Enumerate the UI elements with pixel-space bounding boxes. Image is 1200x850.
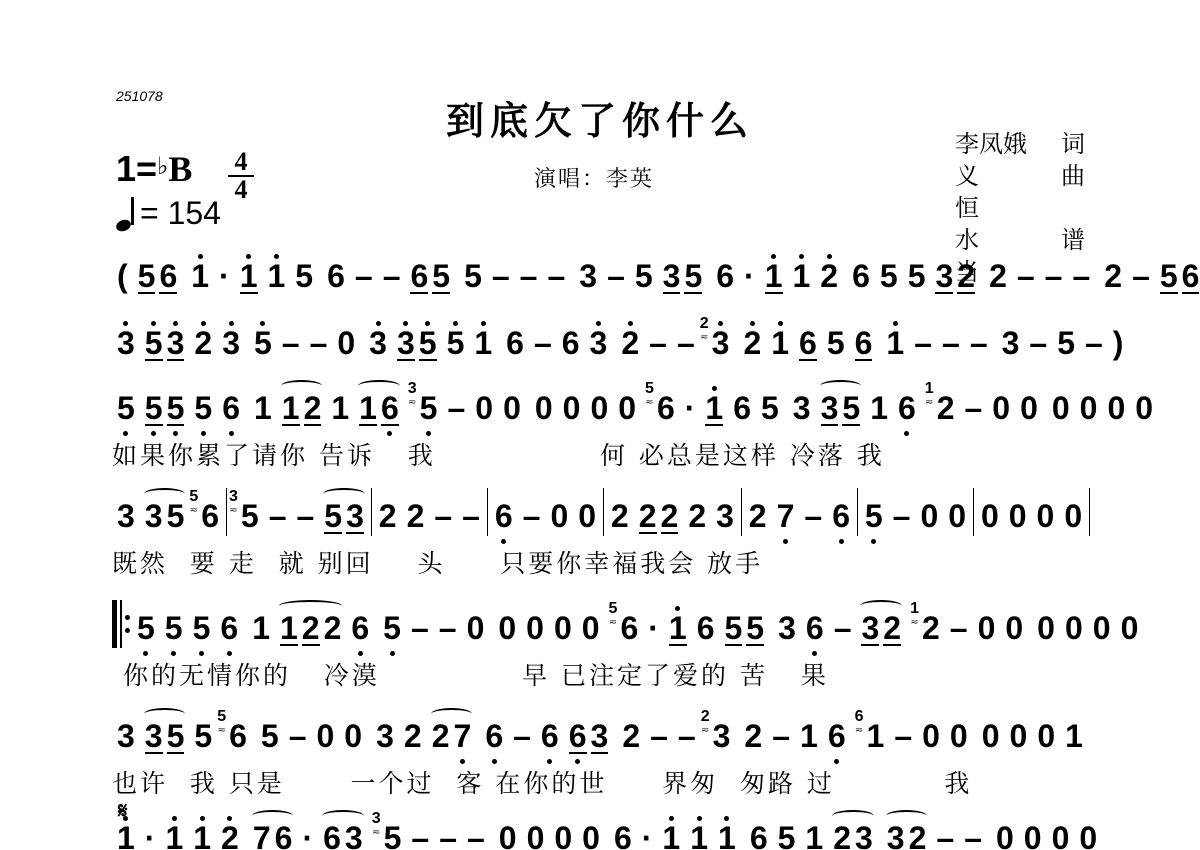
hold-dash: – xyxy=(280,323,302,363)
note: 0 xyxy=(1032,608,1060,648)
note-digit: 3 xyxy=(343,818,365,850)
note-digit: 1 xyxy=(252,388,274,428)
note-digit: 6 xyxy=(612,818,634,850)
note: 6 xyxy=(480,716,508,756)
note: 5 xyxy=(1052,323,1080,363)
note-digit: 7 xyxy=(452,716,474,756)
note: 2 xyxy=(744,496,772,536)
composer-credit: 义 恒 曲 xyxy=(955,160,1085,224)
note: 0 xyxy=(1032,496,1060,536)
note-digit: 2 xyxy=(987,256,1009,296)
hold-dash: – xyxy=(294,496,316,536)
note-digit: 0 xyxy=(588,388,610,428)
note: 5 xyxy=(415,388,443,428)
note-digit: 1 xyxy=(763,256,785,296)
lyrics-line: 也许 我 只是 一个过 客 在你的世 界匆 匆路 过 我 xyxy=(112,764,1092,800)
note: – xyxy=(909,323,937,363)
note-digit: 6 xyxy=(493,496,515,536)
note: · xyxy=(637,818,658,850)
hold-dash: – xyxy=(940,323,962,363)
note-digit: 5 xyxy=(322,496,344,536)
note: ) xyxy=(1108,323,1129,363)
hold-dash: – xyxy=(948,608,970,648)
note: 3 xyxy=(364,323,392,363)
hold-dash: – xyxy=(267,496,289,536)
hold-dash: – xyxy=(460,496,482,536)
note: 1 xyxy=(160,818,188,850)
note-digit: 5 xyxy=(776,818,798,850)
note-digit: 7 xyxy=(775,496,797,536)
note-digit: 6 xyxy=(539,716,561,756)
note: – xyxy=(305,323,333,363)
note-digit: 2 xyxy=(747,496,769,536)
note-digit: 0 xyxy=(994,818,1016,850)
note: 3 xyxy=(708,716,736,756)
dot-extension: · xyxy=(683,388,698,428)
note: 1 xyxy=(766,323,794,363)
note: 6 xyxy=(490,496,518,536)
note-digit: 6 xyxy=(567,716,589,756)
note-digit: 6 xyxy=(804,608,826,648)
note: – xyxy=(429,496,457,536)
dot-extension: · xyxy=(742,256,757,296)
note-digit: 6 xyxy=(560,323,582,363)
hold-dash: – xyxy=(770,716,792,756)
note: 5 xyxy=(630,256,658,296)
note-digit: 0 xyxy=(1022,818,1044,850)
note: 6 xyxy=(847,256,875,296)
note-digit: 5 xyxy=(165,388,187,428)
note: – xyxy=(1127,256,1155,296)
note: 5 xyxy=(860,496,888,536)
note-digit: 1 xyxy=(1063,716,1085,756)
note: 0 xyxy=(521,608,549,648)
hold-dash: – xyxy=(518,256,540,296)
note-digit: 0 xyxy=(1077,818,1099,850)
note-digit: 5 xyxy=(1055,323,1077,363)
note: 6 xyxy=(850,323,878,363)
hold-dash: – xyxy=(465,818,487,850)
note: 2 xyxy=(402,496,430,536)
hold-dash: – xyxy=(409,608,431,648)
note: – xyxy=(442,388,470,428)
note: 1 xyxy=(263,256,291,296)
note-digit: 0 xyxy=(1078,388,1100,428)
note: 3 xyxy=(585,323,613,363)
note-digit: 0 xyxy=(1062,496,1084,536)
note-digit: 2 xyxy=(302,388,324,428)
hold-dash: – xyxy=(532,323,554,363)
note: 2 xyxy=(815,256,843,296)
hold-dash: – xyxy=(511,716,533,756)
note-digit: 2 xyxy=(659,496,681,536)
lyrics-line: 既然 要 走 就 别回 头 只要你幸福我会 放手 xyxy=(112,544,1092,580)
note: 0 xyxy=(1075,388,1103,428)
note: 6 xyxy=(609,818,637,850)
note-digit: 1 xyxy=(868,388,890,428)
hold-dash: – xyxy=(1083,323,1105,363)
note-digit: 2 xyxy=(609,496,631,536)
score-row: 3355≂63≂5––5322––6–002222327–65–000000既然… xyxy=(112,488,1092,580)
time-signature: 4 4 xyxy=(228,150,254,202)
hold-dash: – xyxy=(409,818,431,850)
note: 3 xyxy=(112,496,140,536)
barline xyxy=(741,488,742,536)
note: 0 xyxy=(493,608,521,648)
note-digit: 3 xyxy=(853,818,875,850)
note: – xyxy=(959,818,987,850)
note: 0 xyxy=(332,323,360,363)
note: – xyxy=(767,716,795,756)
note-digit: 5 xyxy=(878,256,900,296)
note: – xyxy=(542,256,570,296)
barline xyxy=(603,488,604,536)
note-digit: 0 xyxy=(533,388,555,428)
note-digit: 3 xyxy=(344,496,366,536)
note: 0 xyxy=(991,818,1019,850)
slurred-note-group: 32 xyxy=(856,608,906,648)
hold-dash: – xyxy=(308,323,330,363)
notation-staff: 353235––0335516–632––2≂3216561–––3–5–) xyxy=(112,315,1092,363)
note-digit: 0 xyxy=(1008,716,1030,756)
note-digit: 6 xyxy=(853,323,875,363)
hold-dash: – xyxy=(605,256,627,296)
note-digit: 0 xyxy=(525,818,547,850)
lyrics-line: 你的无情你的 冷漠 早 已注定了爱的 苦 果 xyxy=(112,656,1092,692)
note: 5 xyxy=(189,716,217,756)
note-digit: 1 xyxy=(357,388,379,428)
note-digit: 0 xyxy=(1105,388,1127,428)
note-digit: 3 xyxy=(577,256,599,296)
note-digit: 6 xyxy=(321,818,343,850)
note-digit: 3 xyxy=(661,256,683,296)
note: 0 xyxy=(976,496,1004,536)
note: – xyxy=(487,256,515,296)
note-digit: 2 xyxy=(686,496,708,536)
note-digit: 0 xyxy=(552,608,574,648)
note: 2 xyxy=(616,323,644,363)
note-digit: 3 xyxy=(710,323,732,363)
note: 1 xyxy=(247,608,275,648)
note-digit: 1 xyxy=(884,323,906,363)
note: 2 xyxy=(1099,256,1127,296)
note-digit: 6 xyxy=(850,256,872,296)
note: 2 xyxy=(984,256,1012,296)
note: – xyxy=(284,716,312,756)
note-digit: 0 xyxy=(1133,388,1155,428)
score-row: (561·1156––655–––3–5356·112655322–––2–56… xyxy=(112,248,1092,296)
note: 1 xyxy=(326,388,354,428)
note-digit: 1 xyxy=(238,256,260,296)
note: 3 xyxy=(997,323,1025,363)
note-digit: 6 xyxy=(349,608,371,648)
note-digit: 1 xyxy=(191,818,213,850)
note-digit: 6 xyxy=(408,256,430,296)
note: – xyxy=(829,608,857,648)
note-digit: 3 xyxy=(143,496,165,536)
note-digit: 1 xyxy=(250,608,272,648)
note: 0 xyxy=(470,388,498,428)
note: 53 xyxy=(140,323,190,363)
note: 3 xyxy=(217,323,245,363)
note-digit: 6 xyxy=(504,323,526,363)
note-digit: 1 xyxy=(865,716,887,756)
note: 0 xyxy=(1130,388,1158,428)
note-digit: 5 xyxy=(825,323,847,363)
note-digit: 0 xyxy=(576,496,598,536)
note-digit: 0 xyxy=(946,496,968,536)
note: 6 xyxy=(501,323,529,363)
note-digit: 5 xyxy=(115,388,137,428)
note: 6 xyxy=(692,608,720,648)
note-digit: 1 xyxy=(266,256,288,296)
barline xyxy=(226,488,227,536)
hold-dash: – xyxy=(437,818,459,850)
note: 0 xyxy=(1074,818,1102,850)
note-digit: 1 xyxy=(716,818,738,850)
note-digit: 1 xyxy=(791,256,813,296)
lyricist-credit: 李凤娥 词 xyxy=(955,128,1085,160)
note: 0 xyxy=(613,388,641,428)
note-digit: 0 xyxy=(1035,496,1057,536)
note: 0 xyxy=(1019,818,1047,850)
note: 5 xyxy=(459,256,487,296)
note-digit: 6 xyxy=(826,716,848,756)
note: 6 xyxy=(794,323,822,363)
note-digit: 2 xyxy=(742,716,764,756)
note-digit: 5 xyxy=(381,608,403,648)
dot-extension: · xyxy=(143,818,158,850)
note: 1 xyxy=(685,818,713,850)
note: 2 xyxy=(738,323,766,363)
dot-extension: · xyxy=(217,256,232,296)
note: 1 xyxy=(713,818,741,850)
credit-name: 义 恒 xyxy=(955,160,1061,224)
hold-dash: – xyxy=(1027,323,1049,363)
note-digit: ( xyxy=(115,256,130,296)
note: – xyxy=(378,256,406,296)
note-digit: 5 xyxy=(382,818,404,850)
note: – xyxy=(457,496,485,536)
note: 6 xyxy=(801,608,829,648)
note-digit: 5 xyxy=(259,716,281,756)
note: – xyxy=(931,818,959,850)
note-digit: 6 xyxy=(618,608,640,648)
notation-staff: 33555≂65–0032276–6632––2≂32–166≂1–000001 xyxy=(112,708,1092,756)
note: 5 xyxy=(903,256,931,296)
note-digit: 3 xyxy=(115,496,137,536)
note: – xyxy=(515,256,543,296)
note-digit: 3 xyxy=(115,323,137,363)
notation-staff: 555561121163≂5–0000005≂6·165335161≂2–000… xyxy=(112,380,1092,428)
note: 6 xyxy=(893,388,921,428)
note: 1 xyxy=(800,818,828,850)
dot-extension: · xyxy=(646,608,661,648)
note-digit: 2 xyxy=(881,608,903,648)
note: 65 xyxy=(405,256,455,296)
note-digit: 6 xyxy=(218,608,240,648)
note: 2 xyxy=(917,608,945,648)
note: 5 xyxy=(442,323,470,363)
note-digit: 6 xyxy=(830,496,852,536)
hold-dash: – xyxy=(962,818,984,850)
note-digit: 1 xyxy=(660,818,682,850)
note-digit: 2 xyxy=(935,388,957,428)
note: 0 xyxy=(573,496,601,536)
note-digit: 1 xyxy=(688,818,710,850)
note: 3 xyxy=(112,716,140,756)
note: – xyxy=(434,608,462,648)
note: 56 xyxy=(133,256,183,296)
note: 5 xyxy=(236,496,264,536)
note-digit: 0 xyxy=(1035,716,1057,756)
dot-extension: · xyxy=(300,818,315,850)
slurred-note-group: 63 xyxy=(318,818,368,850)
note-digit: 3 xyxy=(885,818,907,850)
note: 6 xyxy=(557,323,585,363)
note-digit: 2 xyxy=(637,496,659,536)
hold-dash: – xyxy=(437,608,459,648)
note-digit: 5 xyxy=(239,496,261,536)
note-digit: 3 xyxy=(776,608,798,648)
note: 0 xyxy=(545,496,573,536)
note: 0 xyxy=(1060,608,1088,648)
note-digit: 5 xyxy=(143,388,165,428)
tempo-eq: = xyxy=(140,195,159,232)
note: – xyxy=(1080,323,1108,363)
note-digit: 0 xyxy=(976,608,998,648)
note: 6 xyxy=(615,608,643,648)
note-digit: 5 xyxy=(723,608,745,648)
note: 6 xyxy=(217,388,245,428)
note: – xyxy=(1040,256,1068,296)
note-digit: 3 xyxy=(819,388,841,428)
hold-dash: – xyxy=(521,496,543,536)
note-digit: 6 xyxy=(731,388,753,428)
barline xyxy=(857,488,858,536)
note-digit: 2 xyxy=(405,496,427,536)
note: · xyxy=(739,256,760,296)
note: – xyxy=(508,716,536,756)
note: 2 xyxy=(374,496,402,536)
note: 0 xyxy=(549,608,577,648)
note: – xyxy=(672,323,700,363)
note: 2 xyxy=(606,496,634,536)
note-digit: 2 xyxy=(430,716,452,756)
note: · xyxy=(297,818,318,850)
note-digit: 0 xyxy=(979,496,1001,536)
note: 1 xyxy=(235,256,263,296)
note-digit: 0 xyxy=(1035,608,1057,648)
note-digit: 1 xyxy=(472,323,494,363)
note-digit: 5 xyxy=(192,388,214,428)
note-digit: 2 xyxy=(955,256,977,296)
note: 3 xyxy=(773,608,801,648)
note: 0 xyxy=(339,716,367,756)
note-digit: 0 xyxy=(580,818,602,850)
note-digit: 2 xyxy=(300,608,322,648)
barline xyxy=(487,488,488,536)
note: – xyxy=(889,716,917,756)
score-row: 1·11276·633≂5–––00006·1116512332––0000 xyxy=(112,810,1092,850)
note-digit: 3 xyxy=(859,608,881,648)
note: 5 xyxy=(378,608,406,648)
note-digit: 3 xyxy=(220,323,242,363)
note-digit: 7 xyxy=(251,818,273,850)
note-digit: 5 xyxy=(906,256,928,296)
note: 2 xyxy=(739,716,767,756)
note-digit: 0 xyxy=(1050,818,1072,850)
note-digit: 0 xyxy=(465,608,487,648)
note: 6 xyxy=(652,388,680,428)
hold-dash: – xyxy=(490,256,512,296)
note-digit: 3 xyxy=(714,496,736,536)
note-digit: 0 xyxy=(473,388,495,428)
note-digit: 0 xyxy=(548,496,570,536)
lyrics-line: 如果你累了请你 告诉 我 何 必总是这样 冷落 我 xyxy=(112,436,1092,472)
note: – xyxy=(673,716,701,756)
note-digit: 0 xyxy=(980,716,1002,756)
note: 0 xyxy=(1047,388,1075,428)
hold-dash: – xyxy=(832,608,854,648)
note: – xyxy=(1012,256,1040,296)
note: – xyxy=(945,608,973,648)
note-digit: 2 xyxy=(377,496,399,536)
note: 0 xyxy=(498,388,526,428)
note: 0 xyxy=(1116,608,1144,648)
dot-extension: · xyxy=(640,818,655,850)
note: 0 xyxy=(973,608,1001,648)
note: – xyxy=(645,716,673,756)
note-digit: 1 xyxy=(280,388,302,428)
hold-dash: – xyxy=(648,716,670,756)
note: 2 xyxy=(399,716,427,756)
note: 0 xyxy=(1015,388,1043,428)
note-digit: 0 xyxy=(1119,608,1141,648)
note: 0 xyxy=(943,496,971,536)
note: 63 xyxy=(564,716,614,756)
note-digit: 6 xyxy=(220,388,242,428)
note: – xyxy=(888,496,916,536)
note: · xyxy=(140,818,161,850)
note-digit: 0 xyxy=(335,323,357,363)
note-digit: 3 xyxy=(589,716,611,756)
note: 5 xyxy=(160,608,188,648)
note-digit: 1 xyxy=(769,323,791,363)
note-digit: 3 xyxy=(711,716,733,756)
note-digit: 3 xyxy=(367,323,389,363)
note-digit: 3 xyxy=(933,256,955,296)
note-digit: 0 xyxy=(501,388,523,428)
note-digit: 5 xyxy=(1158,256,1180,296)
note: 35 xyxy=(392,323,442,363)
note-digit: 0 xyxy=(1091,608,1113,648)
note: – xyxy=(518,496,546,536)
note: 1 xyxy=(664,608,692,648)
note: 0 xyxy=(915,496,943,536)
note: 55 xyxy=(720,608,770,648)
key-eq: = xyxy=(136,148,157,189)
note: 32 xyxy=(930,256,980,296)
note-digit: 0 xyxy=(1018,388,1040,428)
note: – xyxy=(937,323,965,363)
note-digit: 1 xyxy=(329,388,351,428)
hold-dash: – xyxy=(912,323,934,363)
note: · xyxy=(643,608,664,648)
note-digit: 0 xyxy=(1003,608,1025,648)
note: 1 xyxy=(249,388,277,428)
note: – xyxy=(462,818,490,850)
